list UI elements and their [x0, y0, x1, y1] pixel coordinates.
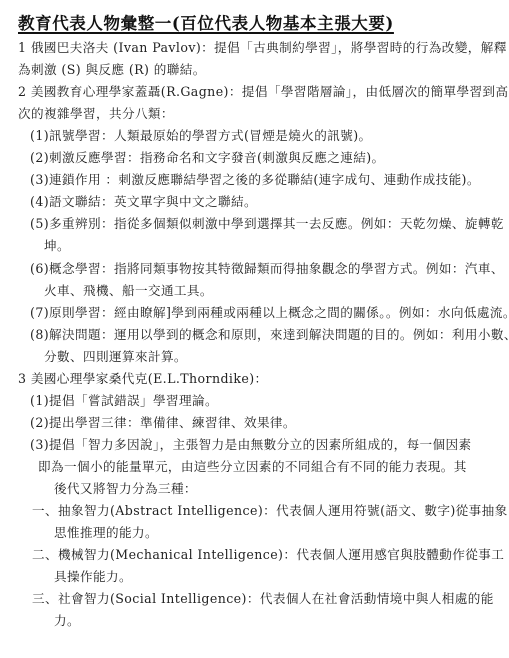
section-2-heading-line-1: 2 美國教育心理學家蓋聶(R.Gagne)：提倡「學習階層論」，由低層次的簡單學… [18, 83, 509, 101]
intelligence-abstract-line-2: 思惟推理的能力。 [54, 524, 158, 542]
gagne-item-2: (2)刺激反應學習：指務命名和文字發音(刺激與反應之連結)。 [30, 149, 385, 167]
thorndike-item-2: (2)提出學習三律：準備律、練習律、效果律。 [30, 414, 296, 432]
gagne-item-5-line-1: (5)多重辨別：指從多個類似刺激中學到選擇其一去反應。例如：天乾勿燥、旋轉乾 [30, 215, 504, 233]
gagne-item-5-line-2: 坤。 [44, 237, 70, 255]
intelligence-mechanical-line-2: 具操作能力。 [54, 568, 132, 586]
intelligence-social-line-1: 三、社會智力(Social Intelligence)：代表個人在社會活動情境中… [32, 590, 494, 608]
intelligence-abstract-line-1: 一、抽象智力(Abstract Intelligence)：代表個人運用符號(語… [32, 502, 508, 520]
gagne-item-6-line-2: 火車、飛機、船一交通工具。 [44, 282, 213, 300]
gagne-item-6-line-1: (6)概念學習：指將同類事物按其特徵歸類而得抽象觀念的學習方式。例如：汽車、 [30, 260, 504, 278]
thorndike-item-3-line-2: 即為一個小的能量單元，由這些分立因素的不同組合有不同的能力表現。其 [38, 458, 467, 476]
section-2-heading-line-2: 次的複雜學習，共分八類： [18, 105, 174, 123]
document-title: 教育代表人物彙整一(百位代表人物基本主張大要) [18, 10, 394, 34]
thorndike-item-3-line-3: 後代又將智力分為三種： [54, 480, 197, 498]
intelligence-social-line-2: 力。 [54, 612, 80, 630]
section-1-heading-line-2: 為刺激 (S) 與反應 (R) 的聯結。 [18, 61, 206, 79]
thorndike-item-1: (1)提倡「嘗試錯誤」學習理論。 [30, 392, 218, 410]
section-3-heading: 3 美國心理學家桑代克(E.L.Thorndike)： [18, 370, 268, 388]
gagne-item-3: (3)連鎖作用 ：刺激反應聯結學習之後的多從聯結(連字成句、連動作成技能)。 [30, 171, 480, 189]
gagne-item-8-line-2: 分數、四則運算來計算。 [44, 348, 187, 366]
gagne-item-8-line-1: (8)解決問題：運用以學到的概念和原則，來達到解決問題的目的。例如：利用小數、 [30, 326, 509, 344]
gagne-item-7: (7)原則學習：經由瞭解]學到兩種或兩種以上概念之間的關係。。例如：水向低處流。 [30, 304, 509, 322]
thorndike-item-3-line-1: (3)提倡「智力多因說」，主張智力是由無數分立的因素所組成的，每一個因素 [30, 436, 472, 454]
gagne-item-1: (1)訊號學習：人類最原始的學習方式(冒煙是燒火的訊號)。 [30, 127, 372, 145]
section-1-heading-line-1: 1 俄國巴夫洛夫 (Ivan Pavlov)：提倡「古典制約學習」，將學習時的行… [18, 39, 507, 57]
document-page: 教育代表人物彙整一(百位代表人物基本主張大要) 1 俄國巴夫洛夫 (Ivan P… [0, 0, 509, 658]
gagne-item-4: (4)語文聯結：英文單字與中文之聯結。 [30, 193, 257, 211]
intelligence-mechanical-line-1: 二、機械智力(Mechanical Intelligence)：代表個人運用感官… [32, 546, 504, 564]
